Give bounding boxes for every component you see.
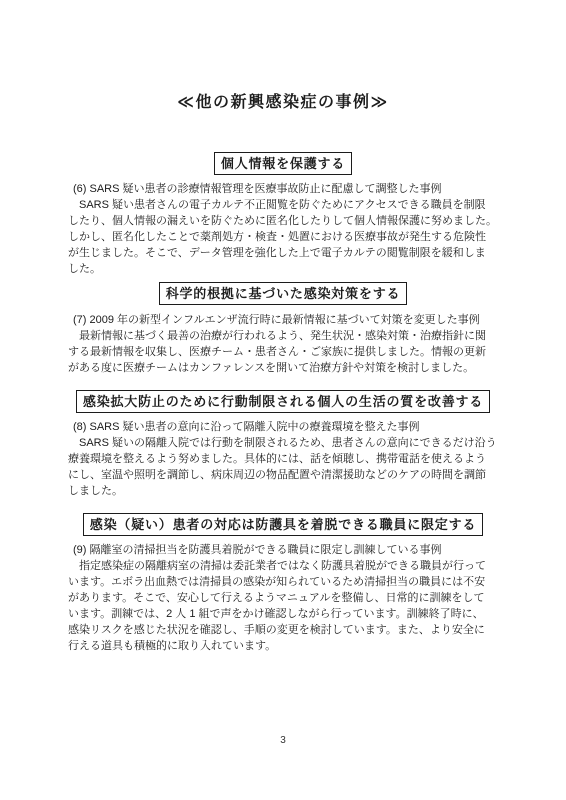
- section-heading-wrap: 感染拡大防止のために行動制限される個人の生活の質を改善する: [68, 390, 498, 413]
- case-body: 指定感染症の隔離病室の清掃は委託業者ではなく防護具着脱ができる職員が行って いま…: [68, 558, 498, 654]
- case-body: SARS 疑い患者さんの電子カルテ不正閲覧を防ぐためにアクセスできる職員を制限 …: [68, 197, 498, 277]
- section-science-based-measures: 科学的根拠に基づいた感染対策をする (7) 2009 年の新型インフルエンザ流行…: [68, 282, 498, 376]
- section-heading-wrap: 個人情報を保護する: [68, 152, 498, 175]
- document-page: ≪他の新興感染症の事例≫ 個人情報を保護する (6) SARS 疑い患者の診療情…: [0, 0, 566, 800]
- page-number: 3: [0, 735, 566, 747]
- section-heading: 感染拡大防止のために行動制限される個人の生活の質を改善する: [76, 390, 490, 413]
- section-heading: 感染（疑い）患者の対応は防護具を着脱できる職員に限定する: [83, 513, 483, 536]
- section-heading: 科学的根拠に基づいた感染対策をする: [159, 282, 408, 305]
- section-protect-personal-info: 個人情報を保護する (6) SARS 疑い患者の診療情報管理を医療事故防止に配慮…: [68, 152, 498, 277]
- case-title: (9) 隔離室の清掃担当を防護具着脱ができる職員に限定し訓練している事例: [68, 542, 498, 558]
- section-limit-to-trained-staff: 感染（疑い）患者の対応は防護具を着脱できる職員に限定する (9) 隔離室の清掃担…: [68, 513, 498, 654]
- case-title: (8) SARS 疑い患者の意向に沿って隔離入院中の療養環境を整えた事例: [68, 419, 498, 435]
- case-title: (7) 2009 年の新型インフルエンザ流行時に最新情報に基づいて対策を変更した…: [68, 312, 498, 328]
- case-body: 最新情報に基づく最善の治療が行われるよう、発生状況・感染対策・治療指針に関 する…: [68, 328, 498, 376]
- page-title: ≪他の新興感染症の事例≫: [68, 94, 498, 112]
- section-heading-wrap: 科学的根拠に基づいた感染対策をする: [68, 282, 498, 305]
- case-title: (6) SARS 疑い患者の診療情報管理を医療事故防止に配慮して調整した事例: [68, 181, 498, 197]
- section-improve-quality-of-life: 感染拡大防止のために行動制限される個人の生活の質を改善する (8) SARS 疑…: [68, 390, 498, 499]
- section-heading: 個人情報を保護する: [214, 152, 352, 175]
- case-body: SARS 疑いの隔離入院では行動を制限されるため、患者さんの意向にできるだけ沿う…: [68, 435, 498, 499]
- section-heading-wrap: 感染（疑い）患者の対応は防護具を着脱できる職員に限定する: [68, 513, 498, 536]
